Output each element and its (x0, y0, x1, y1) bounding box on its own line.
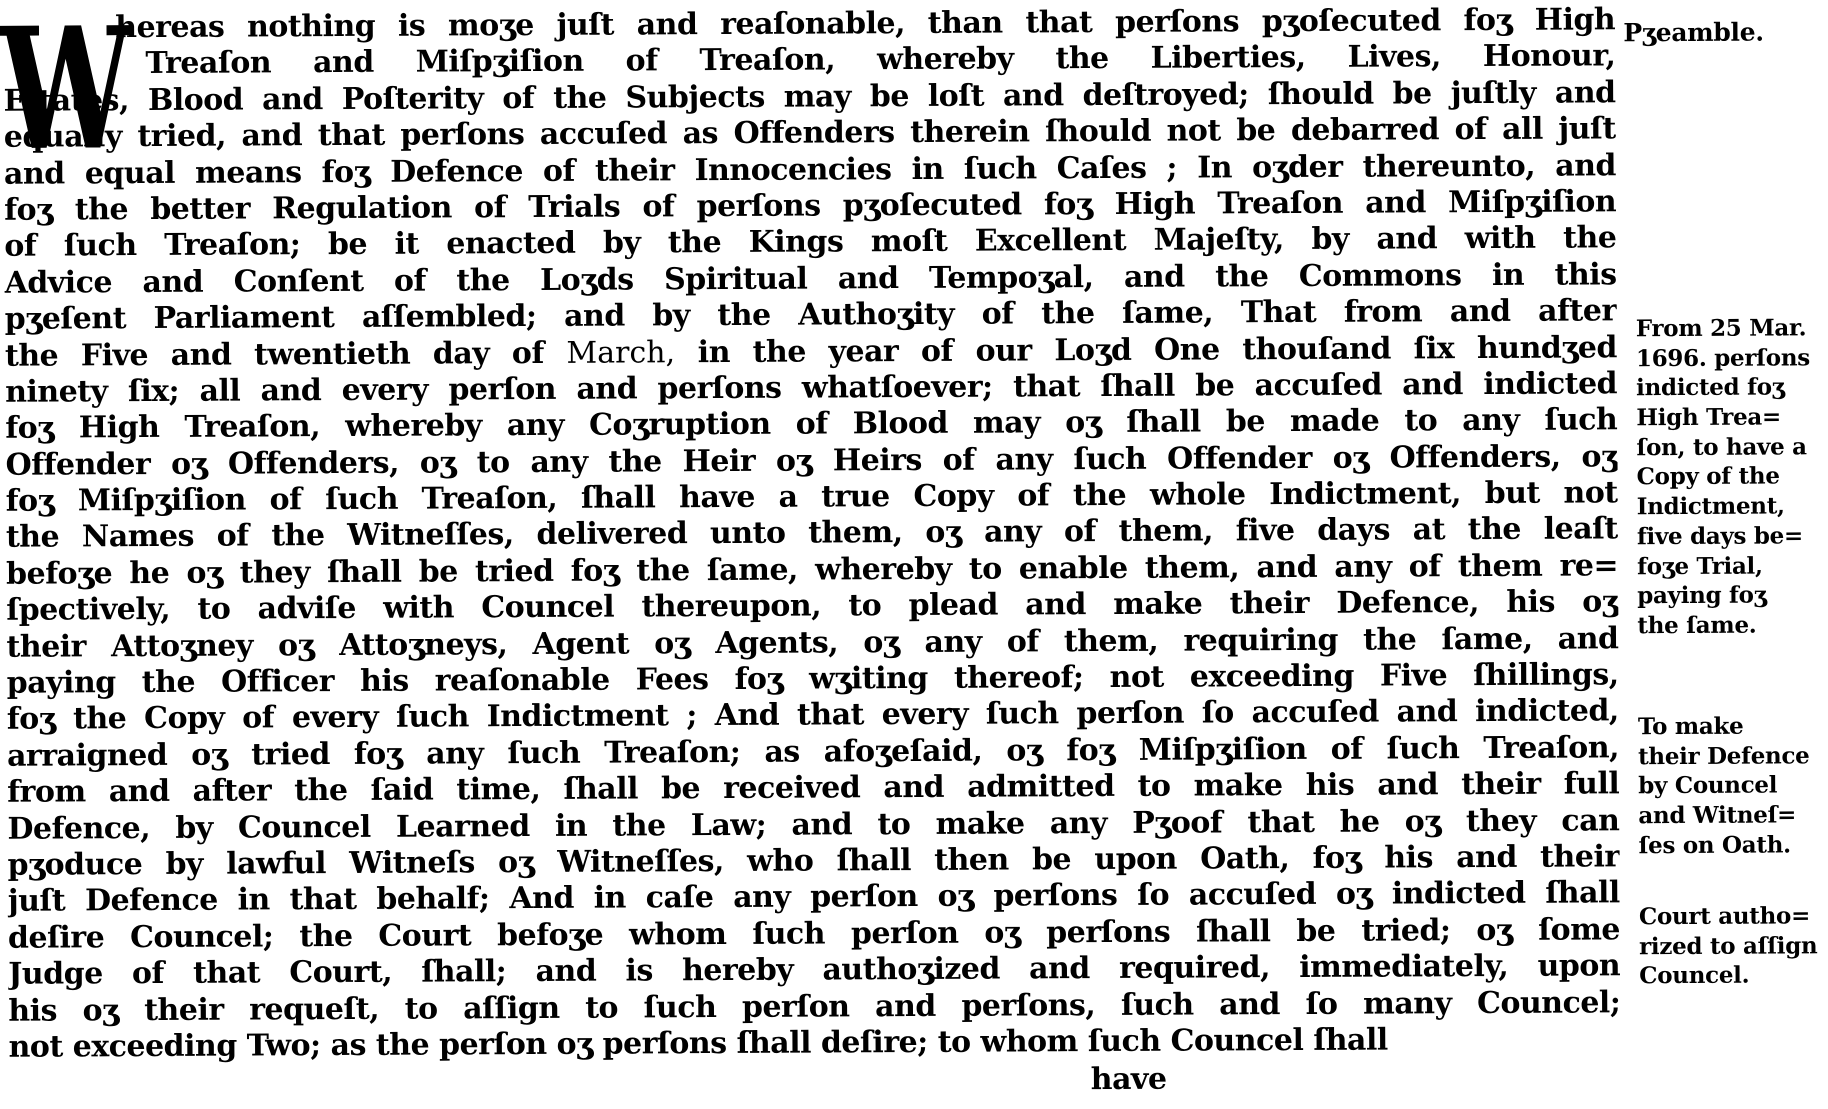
margin-note-line: To make (1638, 711, 1828, 742)
margin-note-line: High Trea= (1636, 402, 1827, 433)
word-march-roman-type: March, (566, 335, 675, 371)
text-segment: the Five and twentieth day of (5, 335, 567, 373)
margin-note-line: the ſame. (1637, 610, 1828, 641)
margin-note-line: paying foʒ (1637, 580, 1828, 611)
margin-note-line: 1696. perſons (1636, 343, 1827, 374)
margin-note-line: foʒe Trial, (1637, 551, 1828, 582)
text-segment: in the year of our Loʒd One thouſand ſix… (675, 330, 1617, 370)
statute-page: W hereas nothing is moʒe juſt and reaſon… (0, 0, 1828, 1109)
margin-note-line: Pʒeamble. (1623, 17, 1814, 48)
catchword: have (9, 1058, 1621, 1106)
margin-note-line: Indictment, (1637, 491, 1828, 522)
margin-note-court-assign-councel: Court autho= rized to aſſign Councel. (1639, 901, 1828, 991)
margin-note-line: Copy of the (1637, 462, 1828, 493)
margin-note-line: ſes on Oath. (1638, 830, 1828, 861)
margin-note-line: Councel. (1639, 961, 1828, 992)
margin-note-copy-of-indictment: From 25 Mar. 1696. perſons indicted foʒ … (1636, 313, 1828, 641)
main-text-column: hereas nothing is moʒe juſt and reaſonab… (3, 2, 1621, 1106)
margin-note-preamble: Pʒeamble. (1623, 17, 1814, 48)
margin-note-line: indicted foʒ (1636, 373, 1827, 404)
margin-note-defence-by-councel: To make their Defence by Councel and Wit… (1638, 711, 1828, 860)
margin-note-line: by Councel (1638, 771, 1828, 802)
margin-note-line: their Defence (1638, 741, 1828, 772)
margin-note-line: rized to aſſign (1639, 931, 1828, 962)
scanned-sheet: W hereas nothing is moʒe juſt and reaſon… (0, 0, 1828, 1109)
margin-note-line: From 25 Mar. (1636, 313, 1827, 344)
margin-note-line: five days be= (1637, 521, 1828, 552)
margin-note-line: and Witneſ= (1638, 800, 1828, 831)
margin-note-line: Court autho= (1639, 901, 1828, 932)
margin-note-line: ſon, to have a (1636, 432, 1827, 463)
